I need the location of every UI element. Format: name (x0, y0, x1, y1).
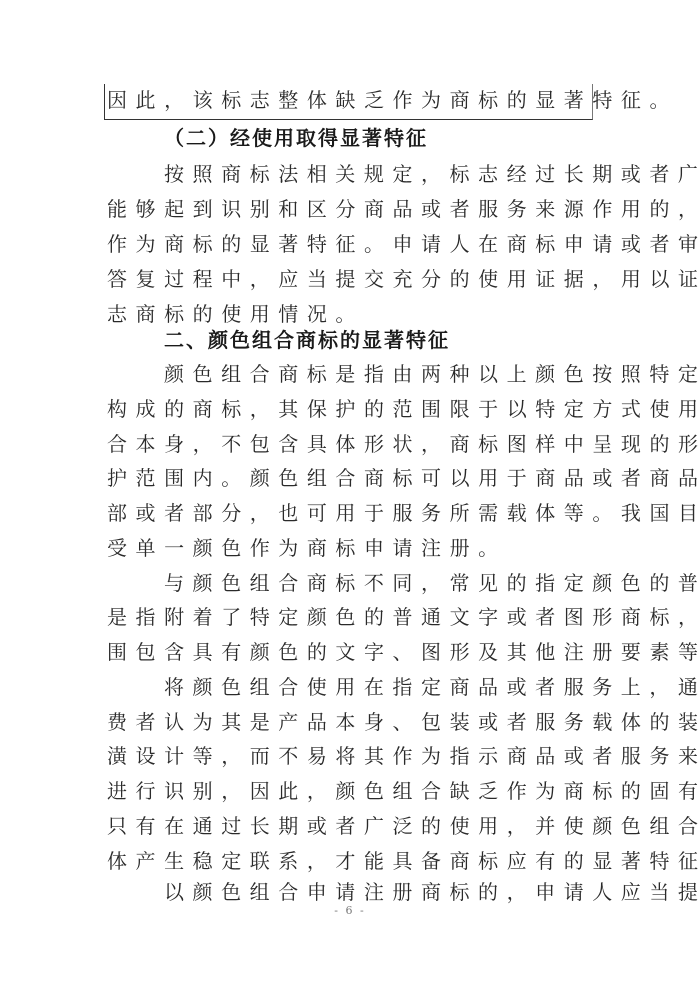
subsection-heading: （二）经使用取得显著特征 (164, 126, 656, 150)
paragraph-line: 部或者部分，也可用于服务所需载体等。我国目前暂不接 (107, 501, 599, 525)
paragraph-line: 是指附着了特定颜色的普通文字或者图形商标，其保护范 (107, 605, 599, 629)
boxed-excerpt-text: 因此，该标志整体缺乏作为商标的显著特征。 (107, 88, 599, 112)
paragraph-line: 将颜色组合使用在指定商品或者服务上，通常易使消 (164, 675, 656, 699)
page-number: - 6 - (0, 904, 700, 917)
paragraph-line: 潢设计等，而不易将其作为指示商品或者服务来源的标志 (107, 744, 599, 768)
paragraph-line: 合本身，不包含具体形状，商标图样中呈现的形状不在保 (107, 432, 599, 456)
paragraph-line: 费者认为其是产品本身、包装或者服务载体的装饰或者装 (107, 710, 599, 734)
paragraph-line: 体产生稳定联系，才能具备商标应有的显著特征。 (107, 849, 599, 873)
paragraph-line: 进行识别，因此，颜色组合缺乏作为商标的固有显著特征， (107, 779, 599, 803)
paragraph-line: 按照商标法相关规定，标志经过长期或者广泛使用， (164, 162, 656, 186)
paragraph-line: 志商标的使用情况。 (107, 302, 599, 326)
paragraph-line: 能够起到识别和区分商品或者服务来源作用的，可以取得 (107, 197, 599, 221)
paragraph-line: 护范围内。颜色组合商标可以用于商品或者商品包装的全 (107, 466, 599, 490)
paragraph-line: 构成的商标，其保护的范围限于以特定方式使用的颜色组 (107, 397, 599, 421)
document-page: 因此，该标志整体缺乏作为商标的显著特征。 （二）经使用取得显著特征 按照商标法相… (0, 0, 700, 990)
paragraph-line: 受单一颜色作为商标申请注册。 (107, 536, 599, 560)
paragraph-line: 颜色组合商标是指由两种以上颜色按照特定方式组合 (164, 362, 656, 386)
paragraph-line: 与颜色组合商标不同，常见的指定颜色的普通商标， (164, 571, 656, 595)
paragraph-line: 以颜色组合申请注册商标的，申请人应当提交清晰的 (164, 880, 656, 904)
paragraph-line: 围包含具有颜色的文字、图形及其他注册要素等。 (107, 640, 599, 664)
paragraph-line: 只有在通过长期或者广泛的使用，并使颜色组合与申请主 (107, 814, 599, 838)
paragraph-line: 作为商标的显著特征。申请人在商标申请或者审查意见书 (107, 232, 599, 256)
section-heading: 二、颜色组合商标的显著特征 (164, 328, 656, 352)
paragraph-line: 答复过程中，应当提交充分的使用证据，用以证明三维标 (107, 267, 599, 291)
